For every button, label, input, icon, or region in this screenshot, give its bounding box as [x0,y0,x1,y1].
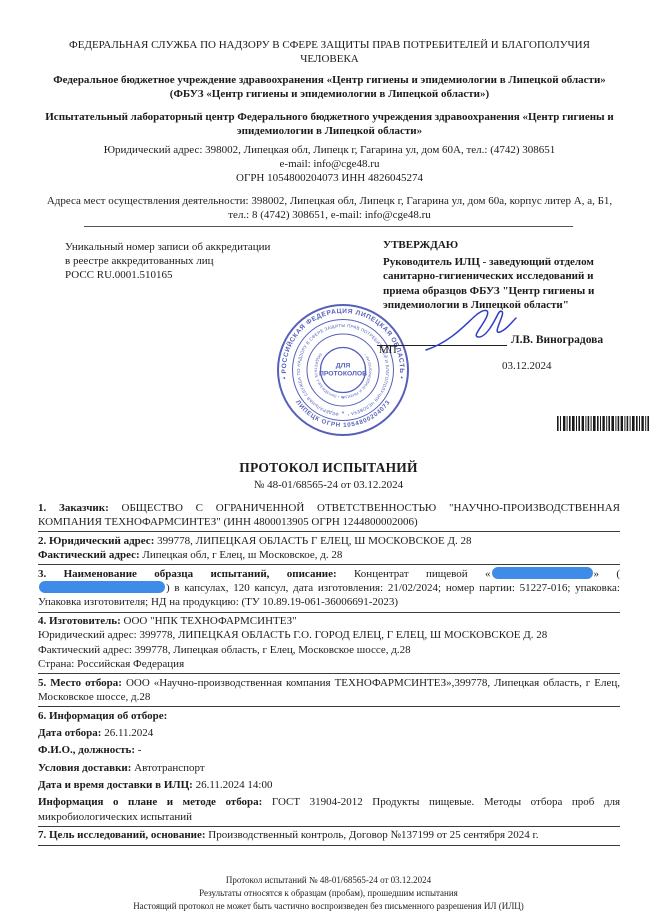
section-label: 2. Юридический адрес: [38,535,154,547]
signature-scribble [420,306,520,354]
protocol-document-page: ФЕДЕРАЛЬНАЯ СЛУЖБА ПО НАДЗОРУ В СФЕРЕ ЗА… [0,0,657,922]
document-footer: Протокол испытаний № 48-01/68565-24 от 0… [0,874,657,913]
section-value: Липецкая обл, г Елец, ш Московское, д. 2… [142,549,342,561]
section-label: 1. Заказчик: [38,502,109,514]
federal-service-name: ФЕДЕРАЛЬНАЯ СЛУЖБА ПО НАДЗОРУ В СФЕРЕ ЗА… [40,38,619,66]
footer-note-copy: Настоящий протокол не может быть частичн… [0,900,657,913]
section-value: 26.11.2024 14:00 [196,779,273,791]
section-value: Автотранспорт [134,762,205,774]
organization-name: Федеральное бюджетное учреждение здравоо… [40,73,619,101]
ogrn-inn-line: ОГРН 1054800204073 ИНН 4826045274 [40,171,619,185]
stamp-center-line1: ДЛЯ [336,363,351,370]
section-label: 4. Изготовитель: [38,615,121,627]
section-value: 399778, Липецкая область, г Елец, Москов… [135,644,411,656]
approval-block: УТВЕРЖДАЮ Руководитель ИЛЦ - заведующий … [383,238,623,313]
section-sampling-info: 6. Информация об отборе: Дата отбора: 26… [38,706,620,826]
mp-seal-mark: МП [379,344,397,356]
accreditation-block: Уникальный номер записи об аккредитации … [65,240,295,282]
approval-body: Руководитель ИЛЦ - заведующий отделом са… [383,255,623,313]
round-stamp: • РОССИЙСКАЯ ФЕДЕРАЦИЯ ЛИПЕЦКАЯ ОБЛАСТЬ … [276,303,410,437]
section-customer-address: 2. Юридический адрес: 399778, ЛИПЕЦКАЯ О… [38,531,620,564]
section-customer: 1. Заказчик: ОБЩЕСТВО С ОГРАНИЧЕННОЙ ОТВ… [38,499,620,531]
barcode [557,416,650,431]
section-sublabel: Условия доставки: [38,762,131,774]
protocol-sections: 1. Заказчик: ОБЩЕСТВО С ОГРАНИЧЕННОЙ ОТВ… [38,499,620,846]
section-label: 3. Наименование образца испытаний, описа… [38,568,337,580]
svg-text:*: * [342,411,345,418]
section-sample-name: 3. Наименование образца испытаний, описа… [38,564,620,611]
section-label: Фактический адрес: [38,549,140,561]
document-number: № 48-01/68565-24 от 03.12.2024 [0,479,657,491]
signer-name: Л.В. Виноградова [511,334,603,346]
section-label: 5. Место отбора: [38,677,122,689]
section-manufacturer: 4. Изготовитель: ООО "НПК ТЕХНОФАРМСИНТЕ… [38,612,620,674]
redaction-box [492,567,593,579]
section-value: 399778, ЛИПЕЦКАЯ ОБЛАСТЬ Г.О. ГОРОД ЕЛЕЦ… [139,629,547,641]
section-value: - [138,744,142,756]
section-sublabel: Фактический адрес: [38,644,132,656]
header-divider [84,226,573,227]
redaction-box [39,581,165,593]
section-sublabel: Дата отбора: [38,727,101,739]
footer-note-samples: Результаты относятся к образцам (пробам)… [0,887,657,900]
approval-title: УТВЕРЖДАЮ [383,238,623,253]
legal-address: Юридический адрес: 398002, Липецкая обл,… [40,143,619,157]
section-sublabel: Ф.И.О., должность: [38,744,135,756]
section-value: ОБЩЕСТВО С ОГРАНИЧЕННОЙ ОТВЕТСТВЕННОСТЬЮ… [38,502,620,528]
approval-date: 03.12.2024 [502,360,552,372]
accreditation-number: РОСС RU.0001.510165 [65,268,295,282]
section-label: 6. Информация об отборе: [38,710,167,722]
stamp-center-line2: ПРОТОКОЛОВ [319,371,367,378]
section-value: Производственный контроль, Договор №1371… [208,829,538,841]
section-value: ООО "НПК ТЕХНОФАРМСИНТЕЗ" [124,615,297,627]
document-header: ФЕДЕРАЛЬНАЯ СЛУЖБА ПО НАДЗОРУ В СФЕРЕ ЗА… [40,38,619,229]
section-value: 26.11.2024 [104,727,153,739]
section-value: Российская Федерация [77,658,184,670]
section-sublabel: Дата и время доставки в ИЛЦ: [38,779,193,791]
svg-text:*: * [342,396,345,403]
section-sublabel: Информация о плане и методе отбора: [38,796,262,808]
section-label: 7. Цель исследований, основание: [38,829,206,841]
section-sublabel: Юридический адрес: [38,629,137,641]
section-purpose: 7. Цель исследований, основание: Произво… [38,826,620,846]
activity-addresses: Адреса мест осуществления деятельности: … [40,194,619,222]
footer-protocol-number: Протокол испытаний № 48-01/68565-24 от 0… [0,874,657,887]
section-value: ООО «Научно-производственная компания ТЕ… [38,677,620,703]
section-sampling-place: 5. Место отбора: ООО «Научно-производств… [38,673,620,706]
lab-center-name: Испытательный лабораторный центр Федерал… [40,110,619,138]
document-title: ПРОТОКОЛ ИСПЫТАНИЙ [0,460,657,476]
section-value: 399778, ЛИПЕЦКАЯ ОБЛАСТЬ Г ЕЛЕЦ, Ш МОСКО… [157,535,471,547]
section-sublabel: Страна: [38,658,74,670]
email-line: e-mail: info@cge48.ru [40,157,619,171]
